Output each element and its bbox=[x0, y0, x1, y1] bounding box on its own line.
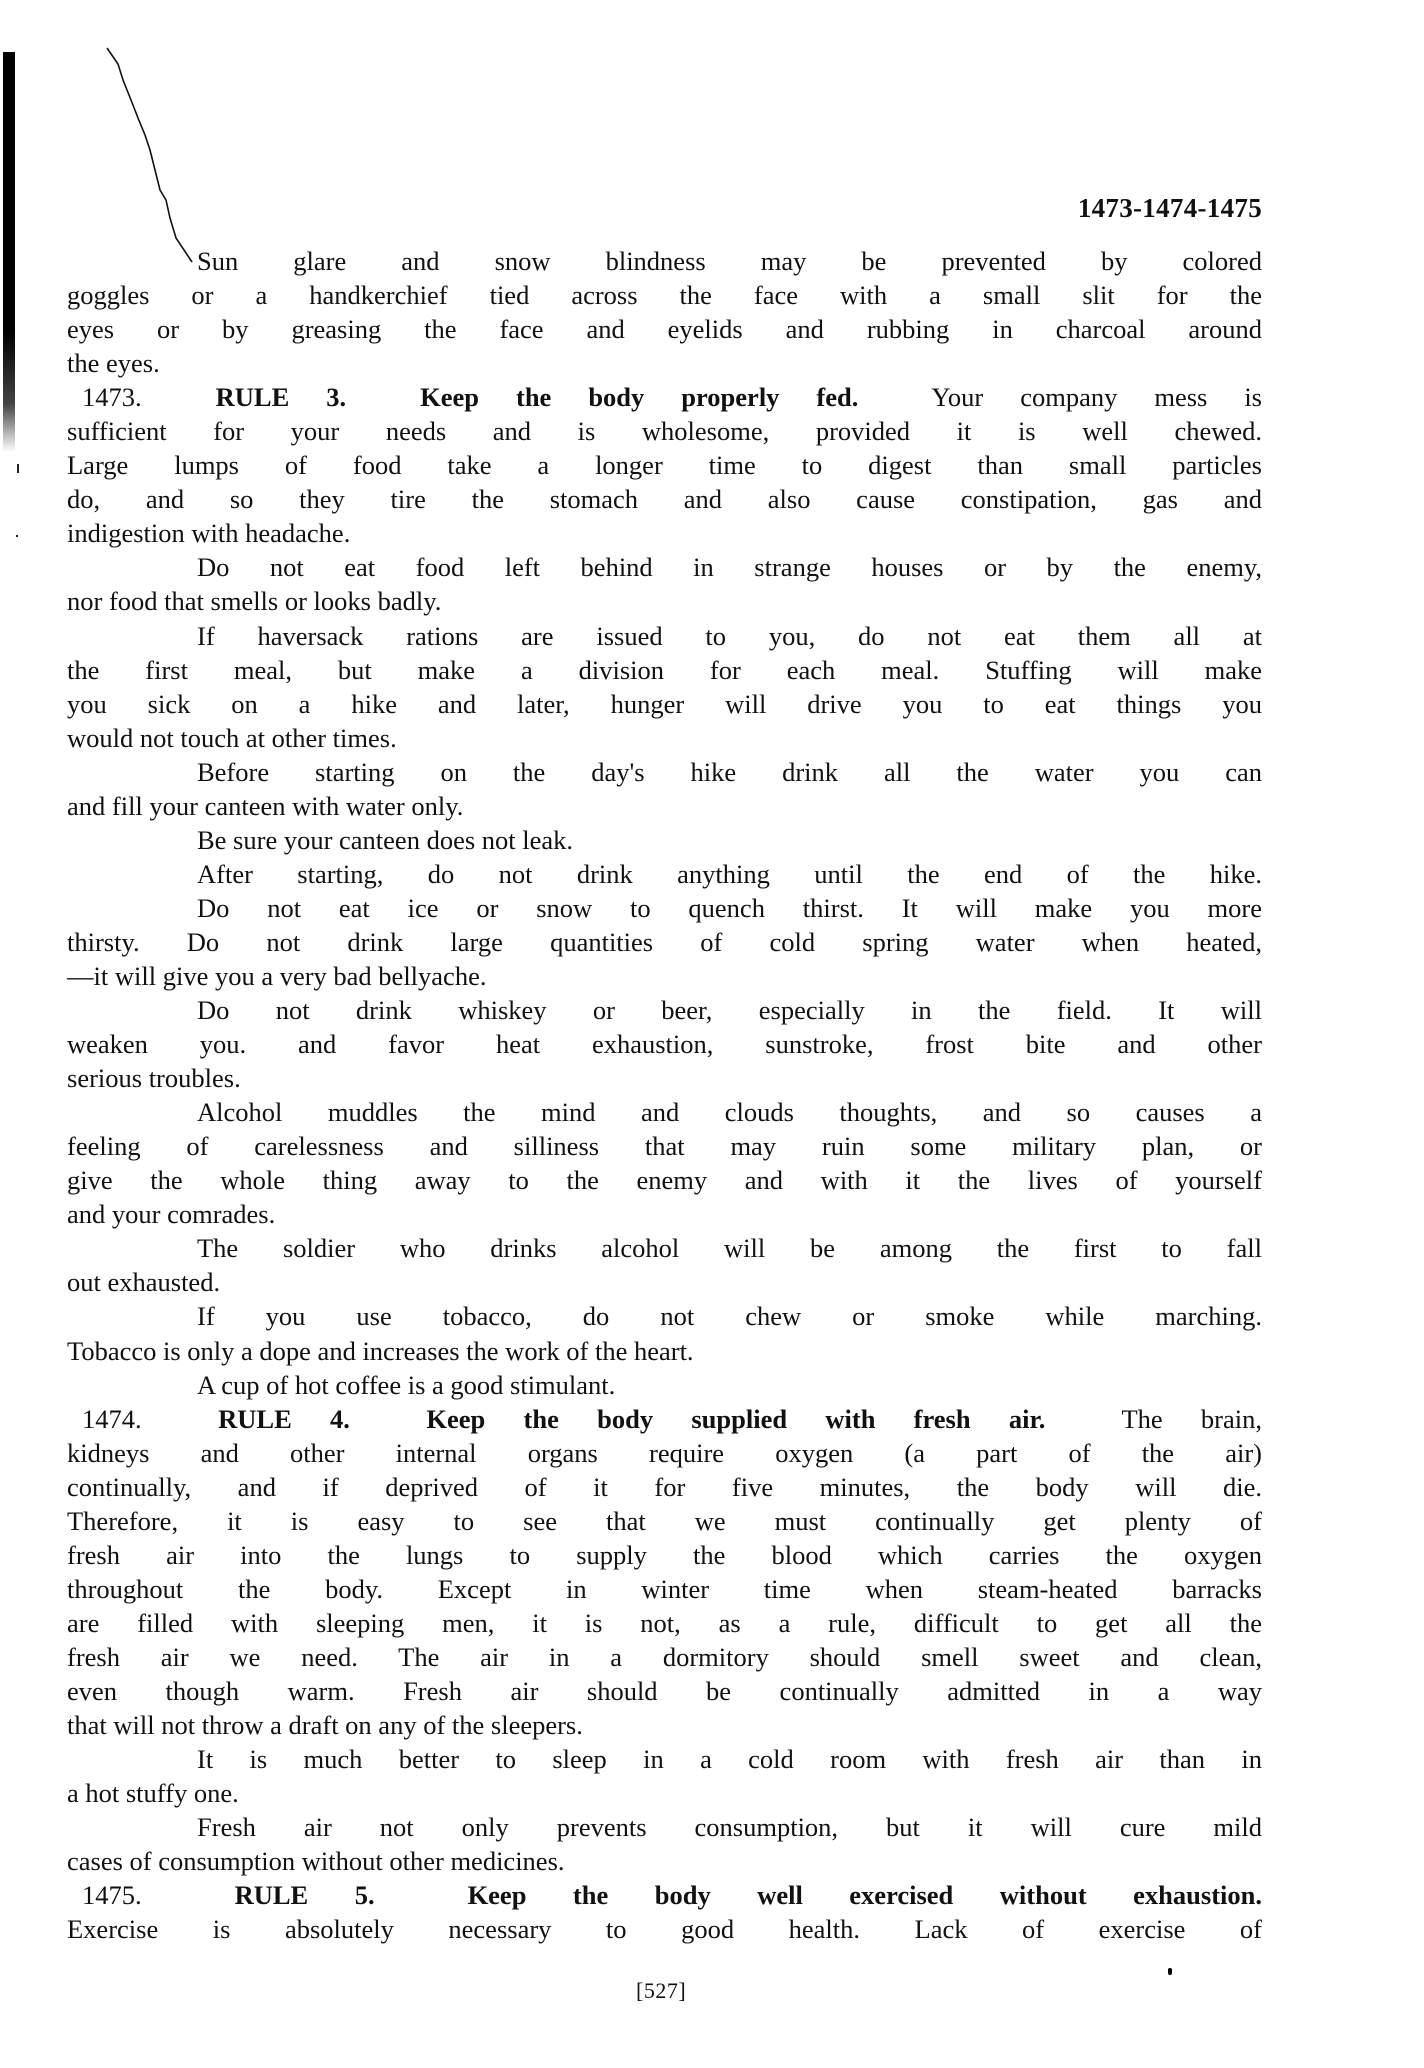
text-line: give the whole thing away to the enemy a… bbox=[67, 1163, 1262, 1197]
text-line: Sun glare and snow blindness may be prev… bbox=[67, 244, 1262, 278]
page-number: [527] bbox=[636, 1978, 686, 2004]
page-body: Sun glare and snow blindness may be prev… bbox=[67, 244, 1262, 1946]
text-line: If haversack rations are issued to you, … bbox=[67, 619, 1262, 653]
text-line: kidneys and other internal organs requir… bbox=[67, 1436, 1262, 1470]
text-line: you sick on a hike and later, hunger wil… bbox=[67, 687, 1262, 721]
scan-speck bbox=[1168, 1968, 1172, 1975]
text-line: nor food that smells or looks badly. bbox=[67, 584, 1262, 618]
rule-text: The brain, bbox=[1121, 1404, 1262, 1434]
text-line: fresh air we need. The air in a dormitor… bbox=[67, 1640, 1262, 1674]
text-line: goggles or a handkerchief tied across th… bbox=[67, 278, 1262, 312]
text-line: After starting, do not drink anything un… bbox=[67, 857, 1262, 891]
text-line: fresh air into the lungs to supply the b… bbox=[67, 1538, 1262, 1572]
scan-edge-shadow bbox=[3, 52, 15, 452]
text-line: a hot stuffy one. bbox=[67, 1776, 1262, 1810]
text-line: A cup of hot coffee is a good stimulant. bbox=[67, 1368, 1262, 1402]
section-range-header: 1473-1474-1475 bbox=[1078, 193, 1262, 224]
rule-label: RULE 3. bbox=[216, 382, 347, 412]
text-line: If you use tobacco, do not chew or smoke… bbox=[67, 1299, 1262, 1333]
text-line: Exercise is absolutely necessary to good… bbox=[67, 1912, 1262, 1946]
rule-label: RULE 5. bbox=[235, 1880, 375, 1910]
text-line: weaken you. and favor heat exhaustion, s… bbox=[67, 1027, 1262, 1061]
text-line: that will not throw a draft on any of th… bbox=[67, 1708, 1262, 1742]
rule-heading-line: 1474. RULE 4. Keep the body supplied wit… bbox=[67, 1402, 1262, 1436]
text-line: serious troubles. bbox=[67, 1061, 1262, 1095]
text-line: continually, and if deprived of it for f… bbox=[67, 1470, 1262, 1504]
text-line: eyes or by greasing the face and eyelids… bbox=[67, 312, 1262, 346]
text-line: would not touch at other times. bbox=[67, 721, 1262, 755]
text-line: sufficient for your needs and is wholeso… bbox=[67, 414, 1262, 448]
text-line: and your comrades. bbox=[67, 1197, 1262, 1231]
text-line: feeling of carelessness and silliness th… bbox=[67, 1129, 1262, 1163]
scan-speck bbox=[16, 535, 18, 537]
text-line: Alcohol muddles the mind and clouds thou… bbox=[67, 1095, 1262, 1129]
text-line: Large lumps of food take a longer time t… bbox=[67, 448, 1262, 482]
text-line: throughout the body. Except in winter ti… bbox=[67, 1572, 1262, 1606]
rule-title: Keep the body well exercised without exh… bbox=[468, 1880, 1262, 1910]
text-line: Do not eat ice or snow to quench thirst.… bbox=[67, 891, 1262, 925]
text-line: Do not drink whiskey or beer, especially… bbox=[67, 993, 1262, 1027]
text-line: the first meal, but make a division for … bbox=[67, 653, 1262, 687]
text-line: the eyes. bbox=[67, 346, 1262, 380]
text-line: Do not eat food left behind in strange h… bbox=[67, 550, 1262, 584]
rule-label: RULE 4. bbox=[218, 1404, 350, 1434]
scan-speck bbox=[17, 464, 19, 473]
text-line: It is much better to sleep in a cold roo… bbox=[67, 1742, 1262, 1776]
rule-heading-line: 1473. RULE 3. Keep the body properly fed… bbox=[67, 380, 1262, 414]
text-line: thirsty. Do not drink large quantities o… bbox=[67, 925, 1262, 959]
rule-title: Keep the body properly fed. bbox=[420, 382, 858, 412]
text-line: Tobacco is only a dope and increases the… bbox=[67, 1334, 1262, 1368]
rule-heading-line: 1475. RULE 5. Keep the body well exercis… bbox=[67, 1878, 1262, 1912]
section-number: 1475. bbox=[82, 1880, 142, 1910]
text-line: cases of consumption without other medic… bbox=[67, 1844, 1262, 1878]
text-line: even though warm. Fresh air should be co… bbox=[67, 1674, 1262, 1708]
section-number: 1474. bbox=[82, 1404, 142, 1434]
rule-text: Your company mess is bbox=[931, 382, 1262, 412]
text-line: Before starting on the day's hike drink … bbox=[67, 755, 1262, 789]
text-line: indigestion with headache. bbox=[67, 516, 1262, 550]
text-line: Therefore, it is easy to see that we mus… bbox=[67, 1504, 1262, 1538]
text-line: do, and so they tire the stomach and als… bbox=[67, 482, 1262, 516]
text-line: out exhausted. bbox=[67, 1265, 1262, 1299]
text-line: Be sure your canteen does not leak. bbox=[67, 823, 1262, 857]
rule-title: Keep the body supplied with fresh air. bbox=[426, 1404, 1045, 1434]
section-number: 1473. bbox=[82, 382, 142, 412]
text-line: —it will give you a very bad bellyache. bbox=[67, 959, 1262, 993]
text-line: The soldier who drinks alcohol will be a… bbox=[67, 1231, 1262, 1265]
text-line: Fresh air not only prevents consumption,… bbox=[67, 1810, 1262, 1844]
text-line: are filled with sleeping men, it is not,… bbox=[67, 1606, 1262, 1640]
text-line: and fill your canteen with water only. bbox=[67, 789, 1262, 823]
